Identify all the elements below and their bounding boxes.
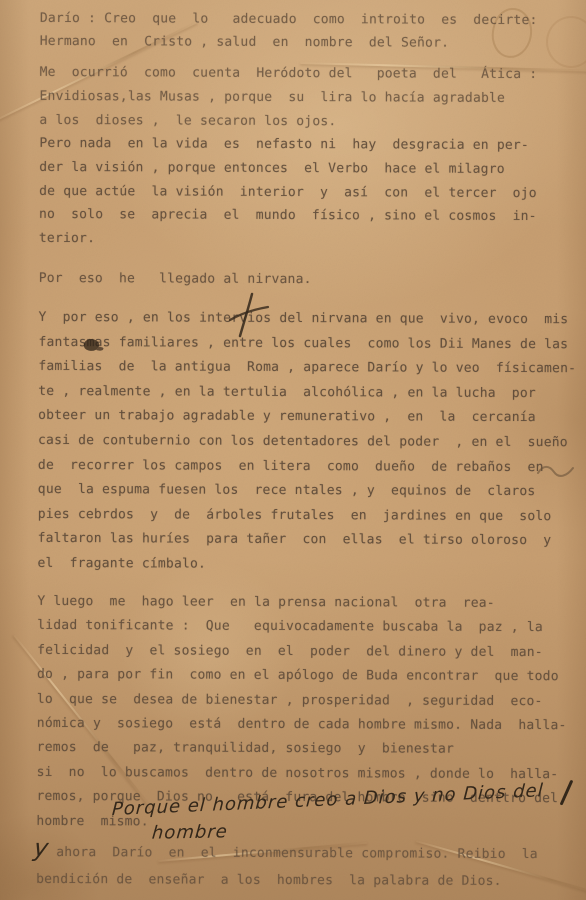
paragraph-final: ahora Darío en el inconmensurable compro… xyxy=(36,839,576,895)
paragraph-nirvana: Por eso he llegado al nirvana. xyxy=(39,267,579,293)
typed-line: obteer un trabajo agradable y remunerati… xyxy=(38,404,578,431)
typed-line: te , realmente , en la tertulia alcohóli… xyxy=(38,380,578,407)
typed-line: terior. xyxy=(39,227,579,253)
typed-line: que la espuma fuesen los rece ntales , y… xyxy=(38,478,578,505)
paragraph-prensa: Y luego me hago leer en la prensa nacion… xyxy=(36,590,577,836)
typewritten-text-block: Darío : Creo que lo adecuado como introi… xyxy=(0,0,586,900)
typed-line: remos de paz, tranquilidad, sosiego y bi… xyxy=(37,736,577,763)
typed-line: lidad tonificante : Que equivocadamente … xyxy=(37,614,577,641)
typed-line: der la visión , porque entonces el Verbo… xyxy=(39,156,579,182)
typed-line: fantasmas familiares , entre los cuales … xyxy=(38,330,578,357)
typed-line: Envidiosas,las Musas , porque su lira lo… xyxy=(39,85,579,111)
paragraph-fantasmas: Y por eso , en los intervios del nirvana… xyxy=(37,306,578,579)
typed-line: Por eso he llegado al nirvana. xyxy=(39,267,579,293)
typed-line: lo que se desea de bienestar , prosperid… xyxy=(37,688,577,715)
typed-line: pies cebrdos y de árboles frutales en ja… xyxy=(38,503,578,530)
typed-line: Me ocurrió como cuenta Heródoto del poet… xyxy=(40,61,580,87)
typed-line: faltaron las huríes para tañer con ellas… xyxy=(38,527,578,554)
typed-line: Y luego me hago leer en la prensa nacion… xyxy=(37,590,577,617)
typed-line: do , para por fin como en el apólogo de … xyxy=(37,663,577,690)
typed-line: Pero nada en la vida es nefasto ni hay d… xyxy=(39,132,579,158)
typed-line: de que actúe la visión interior y así co… xyxy=(39,179,579,205)
margin-squiggle-mark xyxy=(537,463,575,481)
typed-line: casi de contubernio con los detentadores… xyxy=(38,429,578,456)
typed-line: felicidad y el sosiego en el poder del d… xyxy=(37,639,577,666)
typed-line: familias de la antigua Roma , aparece Da… xyxy=(38,355,578,382)
typed-line: Hermano en Cristo , salud en nombre del … xyxy=(40,30,580,55)
typed-line: no solo se aprecia el mundo físico , sin… xyxy=(39,203,579,229)
typed-line: de recorrer los campos en litera como du… xyxy=(38,453,578,480)
typed-line: el fragante címbalo. xyxy=(37,552,577,579)
typed-line: remos, porque Dios no está fura del homb… xyxy=(36,785,576,812)
typed-line: ahora Darío en el inconmensurable compro… xyxy=(36,839,576,868)
handwritten-correction-x-mark xyxy=(228,292,272,338)
paragraph-salutation: Darío : Creo que lo adecuado como introi… xyxy=(40,7,580,55)
typed-line: nómica y sosiego está dentro de cada hom… xyxy=(37,712,577,739)
paragraph-herodoto: Me ocurrió como cuenta Heródoto del poet… xyxy=(39,61,579,135)
typed-line: hombre mismo. xyxy=(36,810,576,837)
paragraph-vision: Pero nada en la vida es nefasto ni hay d… xyxy=(39,132,580,253)
typed-line: si no lo buscamos dentro de nosotros mis… xyxy=(37,761,577,788)
typed-line: Darío : Creo que lo adecuado como introi… xyxy=(40,7,580,32)
typed-line: bendición de enseñar a los hombres la pa… xyxy=(36,866,576,895)
typed-line: Y por eso , en los intervios del nirvana… xyxy=(39,306,579,333)
scanned-letter-page: Darío : Creo que lo adecuado como introi… xyxy=(0,0,586,900)
